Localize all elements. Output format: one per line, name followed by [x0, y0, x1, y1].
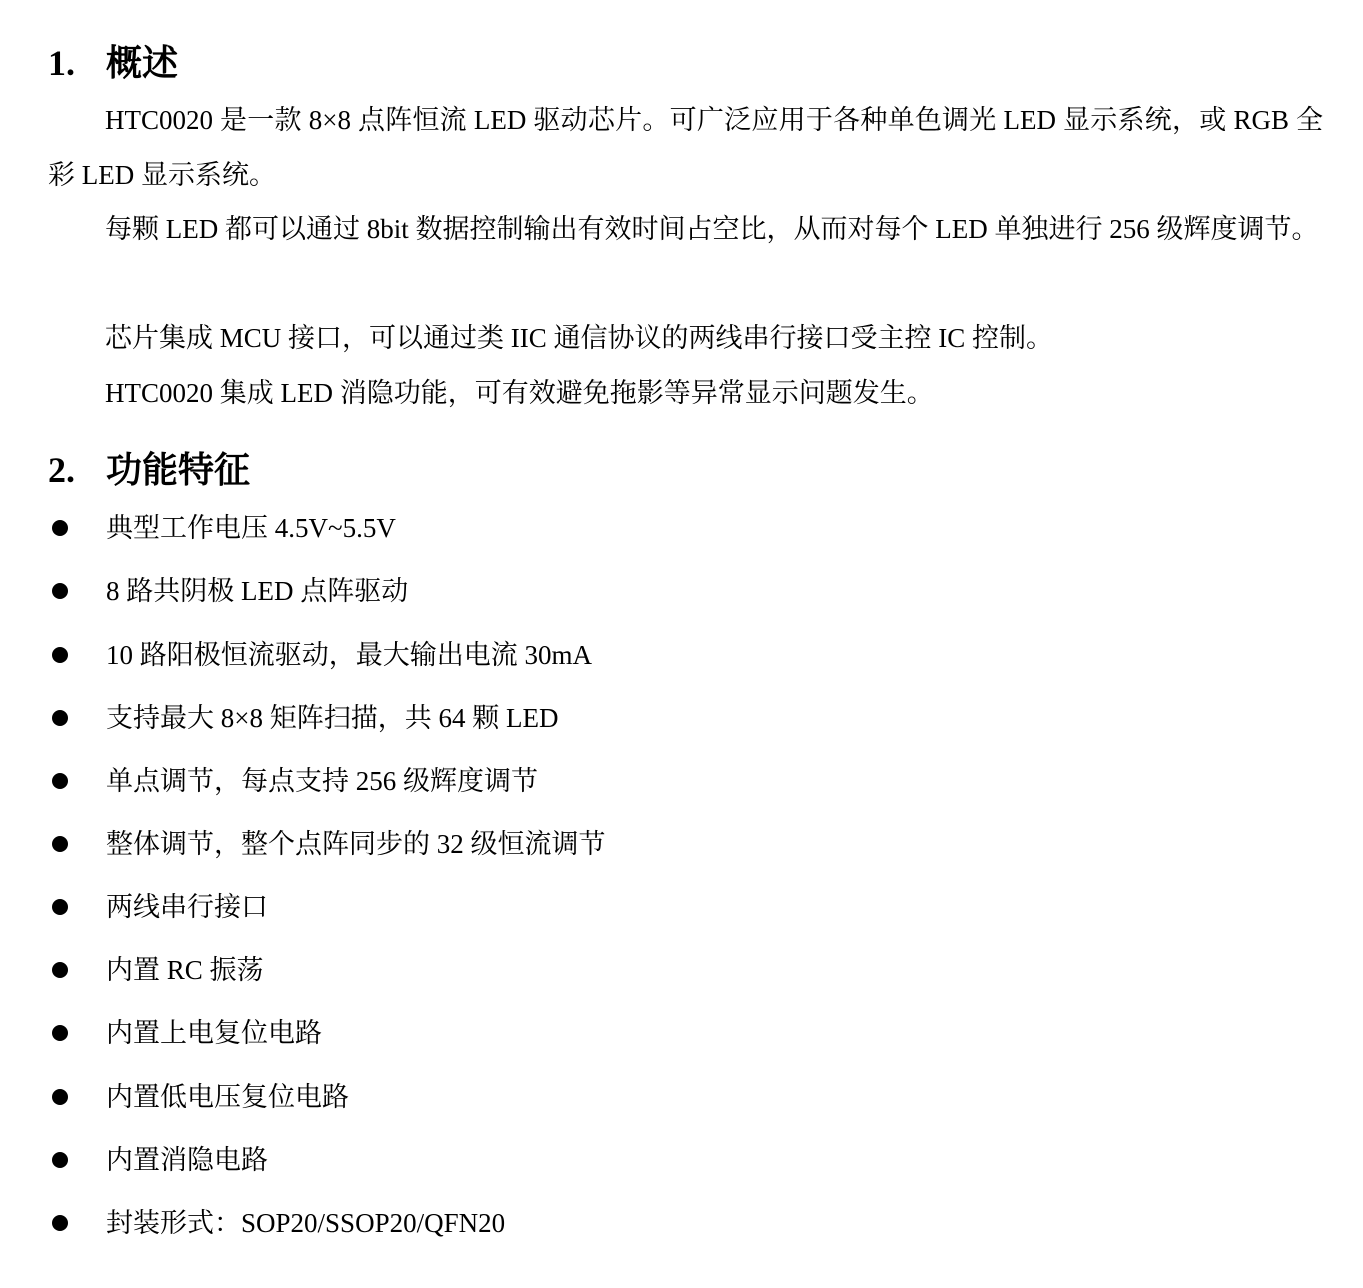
bullet-icon [52, 583, 68, 599]
section-number: 2. [48, 450, 106, 490]
section-number: 1. [48, 43, 106, 83]
section-heading-overview: 1.概述 [48, 43, 178, 83]
feature-text: 单点调节，每点支持 256 级辉度调节 [106, 761, 538, 801]
bullet-icon [52, 899, 68, 915]
feature-text: 整体调节，整个点阵同步的 32 级恒流调节 [106, 824, 606, 864]
bullet-icon [52, 1025, 68, 1041]
bullet-icon [52, 1152, 68, 1168]
feature-text: 内置消隐电路 [106, 1140, 268, 1180]
bullet-icon [52, 962, 68, 978]
overview-paragraph-1: HTC0020 是一款 8×8 点阵恒流 LED 驱动芯片。可广泛应用于各种单色… [48, 93, 1323, 202]
section-title: 概述 [106, 43, 178, 83]
feature-text: 内置 RC 振荡 [106, 950, 264, 990]
overview-paragraph-4: HTC0020 集成 LED 消隐功能，可有效避免拖影等异常显示问题发生。 [48, 366, 1323, 421]
overview-paragraph-2: 每颗 LED 都可以通过 8bit 数据控制输出有效时间占空比，从而对每个 LE… [48, 202, 1323, 257]
document-page: 1.概述 HTC0020 是一款 8×8 点阵恒流 LED 驱动芯片。可广泛应用… [0, 0, 1363, 1288]
bullet-icon [52, 647, 68, 663]
section-title: 功能特征 [106, 450, 250, 490]
section-heading-features: 2.功能特征 [48, 450, 250, 490]
bullet-icon [52, 520, 68, 536]
feature-text: 典型工作电压 4.5V~5.5V [106, 508, 396, 548]
feature-text: 支持最大 8×8 矩阵扫描，共 64 颗 LED [106, 698, 558, 738]
feature-text: 8 路共阴极 LED 点阵驱动 [106, 571, 408, 611]
feature-text: 封装形式：SOP20/SSOP20/QFN20 [106, 1203, 505, 1243]
bullet-icon [52, 1089, 68, 1105]
bullet-icon [52, 1215, 68, 1231]
feature-text: 内置低电压复位电路 [106, 1077, 349, 1117]
feature-text: 两线串行接口 [106, 887, 268, 927]
bullet-icon [52, 773, 68, 789]
overview-paragraph-3: 芯片集成 MCU 接口，可以通过类 IIC 通信协议的两线串行接口受主控 IC … [48, 311, 1323, 366]
bullet-icon [52, 710, 68, 726]
feature-text: 内置上电复位电路 [106, 1013, 322, 1053]
bullet-icon [52, 836, 68, 852]
feature-text: 10 路阳极恒流驱动，最大输出电流 30mA [106, 635, 592, 675]
